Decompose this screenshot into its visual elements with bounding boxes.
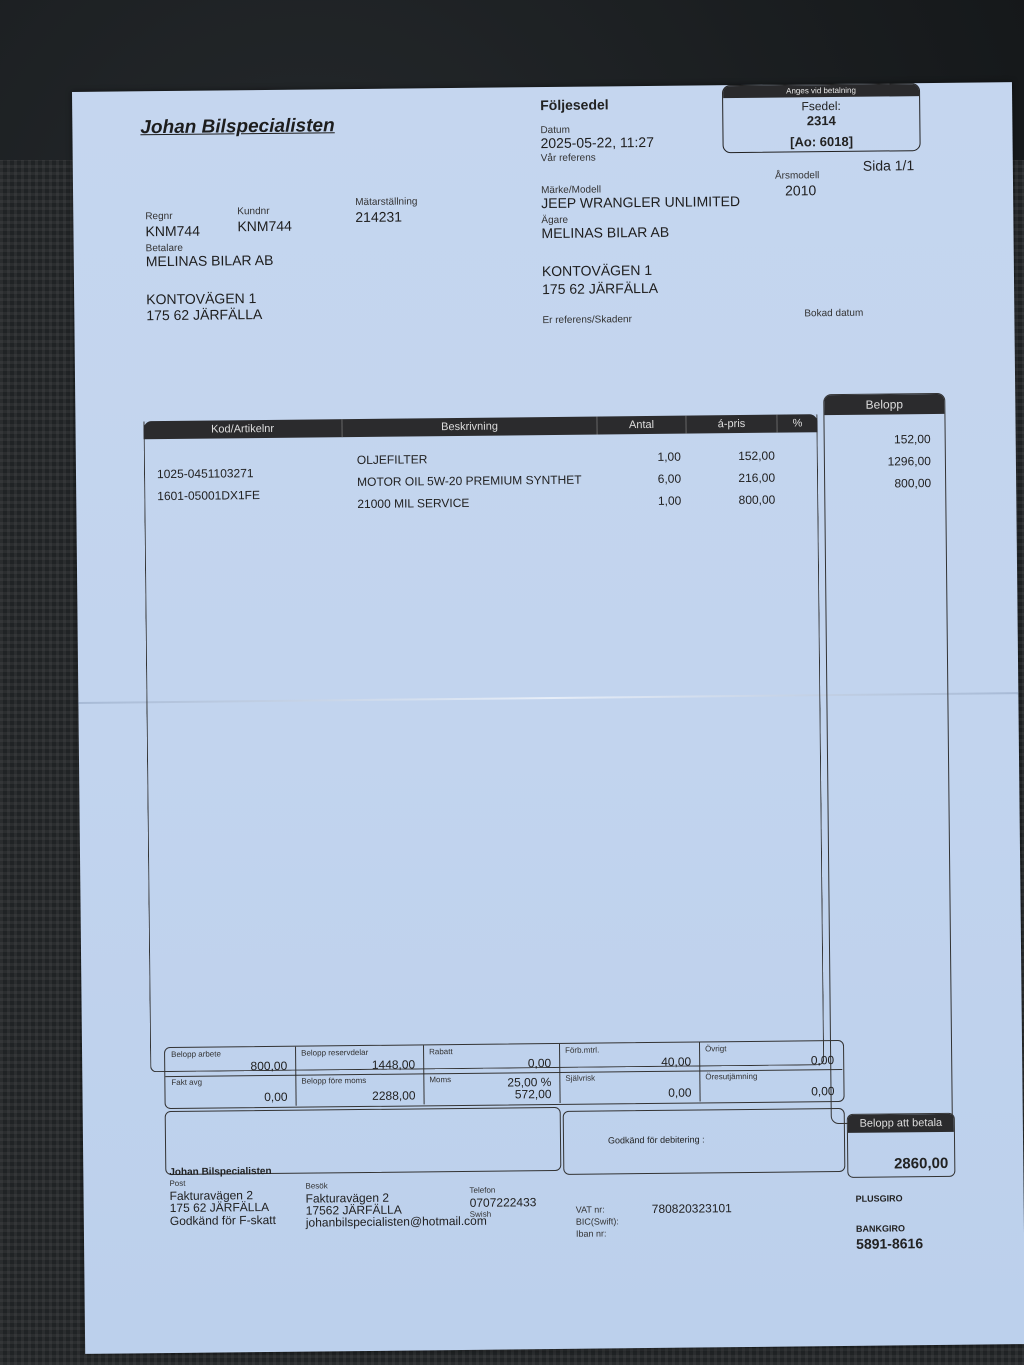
row-amount: 800,00 <box>835 476 931 491</box>
parts-label: Belopp reservdelar <box>301 1048 368 1058</box>
footer-phone-label: Telefon <box>469 1186 495 1195</box>
parts-cell: Belopp reservdelar 1448,00 <box>295 1045 424 1075</box>
footer-plusgiro-label: PLUSGIRO <box>856 1193 903 1203</box>
deductible-value: 0,00 <box>668 1086 692 1100</box>
delivery-note-paper: Johan Bilspecialisten Följesedel Datum 2… <box>72 82 1024 1354</box>
owner-street: KONTOVÄGEN 1 <box>542 262 652 279</box>
model-year-value: 2010 <box>785 182 816 198</box>
fsedel-number: 2314 <box>723 112 919 129</box>
row-price: 800,00 <box>705 493 775 508</box>
row-code: 1025-0451103271 <box>157 466 254 481</box>
booked-date-label: Bokad datum <box>804 308 863 320</box>
header-percent: % <box>777 414 817 432</box>
row-description: 21000 MIL SERVICE <box>357 496 469 511</box>
rounding-label: Öresutjämning <box>705 1072 757 1082</box>
footer-vat-number: 780820323101 <box>652 1201 732 1216</box>
row-price: 216,00 <box>705 471 775 486</box>
footer-vat-label: VAT nr: <box>576 1204 605 1214</box>
header-code: Kod/Artikelnr <box>143 419 342 439</box>
date-value: 2025-05-22, 11:27 <box>540 134 654 151</box>
labor-cell: Belopp arbete 800,00 <box>165 1047 296 1077</box>
payment-box-header: Anges vid betalning <box>723 84 919 98</box>
row-amount: 1296,00 <box>835 454 931 469</box>
vat-label: Moms <box>429 1075 451 1084</box>
rounding-cell: Öresutjämning 0,00 <box>699 1069 842 1101</box>
footer-visit-label: Besök <box>305 1181 327 1190</box>
other-cell: Övrigt 0,00 <box>699 1041 842 1071</box>
model-year-label: Årsmodell <box>775 170 820 181</box>
footer-post-label: Post <box>169 1179 185 1188</box>
labor-label: Belopp arbete <box>171 1049 221 1059</box>
invoice-fee-value: 0,00 <box>264 1090 288 1104</box>
make-model-value: JEEP WRANGLER UNLIMITED <box>541 193 740 211</box>
payer-city: 175 62 JÄRFÄLLA <box>146 306 262 323</box>
mileage-label: Mätarställning <box>355 196 417 208</box>
footer-bankgiro-number: 5891-8616 <box>856 1235 923 1252</box>
row-qty: 1,00 <box>615 494 681 509</box>
footer-swish-label: Swish <box>470 1210 491 1219</box>
rounding-value: 0,00 <box>811 1084 835 1098</box>
consumables-value: 40,00 <box>661 1055 691 1069</box>
header-price: á-pris <box>686 415 777 434</box>
payment-reference-box: Anges vid betalning Fsedel: 2314 [Ao: 60… <box>722 83 921 153</box>
footer-company: Johan Bilspecialisten <box>169 1166 271 1178</box>
header-qty: Antal <box>597 416 686 435</box>
row-qty: 1,00 <box>615 450 681 465</box>
regnr-label: Regnr <box>145 211 172 222</box>
pre-vat-cell: Belopp före moms 2288,00 <box>295 1073 424 1105</box>
invoice-fee-cell: Fakt avg 0,00 <box>165 1075 296 1107</box>
page-indicator: Sida 1/1 <box>863 157 915 174</box>
vat-cell: Moms 25,00 % 572,00 <box>423 1072 560 1104</box>
regnr-value: KNM744 <box>145 223 200 240</box>
table-header: Kod/Artikelnr Beskrivning Antal á-pris % <box>143 414 817 439</box>
deductible-cell: Självrisk 0,00 <box>559 1070 700 1102</box>
invoice-fee-label: Fakt avg <box>171 1078 202 1087</box>
footer-phone: 0707222433 <box>470 1195 537 1210</box>
amount-to-pay-value: 2860,00 <box>894 1155 948 1173</box>
consumables-label: Förb.mtrl. <box>565 1046 599 1055</box>
payer-name: MELINAS BILAR AB <box>146 252 274 269</box>
payer-street: KONTOVÄGEN 1 <box>146 290 256 307</box>
items-table: Kod/Artikelnr Beskrivning Antal á-pris %… <box>143 414 824 1072</box>
document-title: Följesedel <box>540 96 609 113</box>
owner-city: 175 62 JÄRFÄLLA <box>542 280 658 297</box>
customer-ref-label: Er referens/Skadenr <box>542 314 632 326</box>
footer-bankgiro-label: BANKGIRO <box>856 1223 905 1234</box>
discount-cell: Rabatt 0,00 <box>423 1044 560 1074</box>
approval-label: Godkänd för debitering : <box>608 1134 705 1145</box>
amount-to-pay-box: Belopp att betala 2860,00 <box>847 1113 956 1178</box>
deductible-label: Självrisk <box>565 1074 595 1083</box>
approval-box: Godkänd för debitering : <box>563 1108 846 1175</box>
row-qty: 6,00 <box>615 472 681 487</box>
other-label: Övrigt <box>705 1044 726 1053</box>
header-description: Beskrivning <box>342 417 597 438</box>
footer-fskatt: Godkänd för F-skatt <box>170 1213 276 1228</box>
company-name: Johan Bilspecialisten <box>140 115 335 139</box>
parts-value: 1448,00 <box>372 1057 416 1071</box>
mileage-value: 214231 <box>355 209 402 225</box>
row-amount: 152,00 <box>835 432 931 447</box>
footer-iban-label: Iban nr: <box>576 1228 607 1238</box>
kundnr-label: Kundnr <box>237 206 269 217</box>
row-description: MOTOR OIL 5W-20 PREMIUM SYNTHET <box>357 473 582 489</box>
row-code: 1601-05001DX1FE <box>157 488 260 503</box>
row-price: 152,00 <box>705 449 775 464</box>
ao-number: [Ao: 6018] <box>723 133 919 150</box>
pre-vat-label: Belopp före moms <box>301 1076 366 1086</box>
row-description: OLJEFILTER <box>357 452 428 467</box>
other-value: 0,00 <box>811 1053 835 1067</box>
our-ref-label: Vår referens <box>541 153 596 165</box>
totals-grid: Belopp arbete 800,00 Belopp reservdelar … <box>164 1040 845 1109</box>
discount-value: 0,00 <box>528 1056 552 1070</box>
amount-column: Belopp 152,001296,00800,00 <box>823 393 953 1124</box>
consumables-cell: Förb.mtrl. 40,00 <box>559 1042 700 1072</box>
discount-label: Rabatt <box>429 1047 453 1056</box>
owner-name: MELINAS BILAR AB <box>541 224 669 241</box>
notes-box <box>165 1107 562 1175</box>
footer-bic-label: BIC(Swift): <box>576 1216 619 1226</box>
pre-vat-value: 2288,00 <box>372 1088 416 1102</box>
header-amount: Belopp <box>824 394 944 415</box>
vat-amount-value: 572,00 <box>515 1087 552 1101</box>
footer-email[interactable]: johanbilspecialisten@hotmail.com <box>306 1214 487 1230</box>
labor-value: 800,00 <box>250 1059 287 1073</box>
kundnr-value: KNM744 <box>237 218 292 235</box>
amount-to-pay-label: Belopp att betala <box>848 1114 954 1133</box>
